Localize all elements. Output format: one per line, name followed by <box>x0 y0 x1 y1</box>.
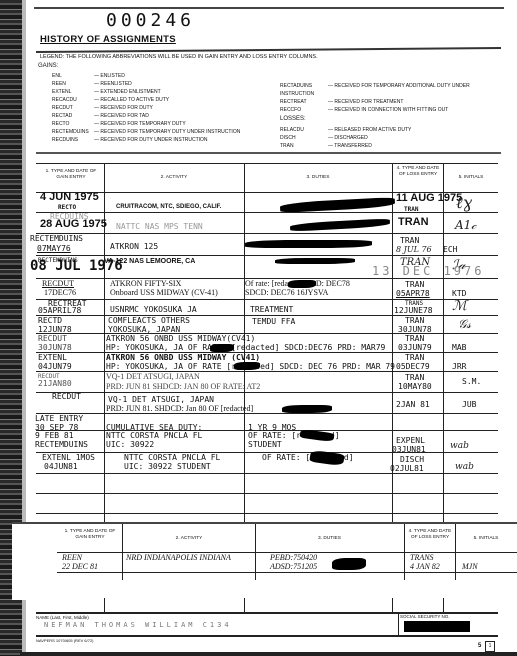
date-stamp: 13 DEC 1976 <box>372 264 484 278</box>
row-divider <box>36 413 498 414</box>
legend-item: RECDUT— RECEIVED FOR DUTY <box>52 104 282 112</box>
redaction <box>234 362 260 370</box>
redaction <box>288 280 316 288</box>
title-rule <box>36 47 501 53</box>
column-header-activity: 2. ACTIVITY <box>106 175 242 181</box>
row-divider <box>36 392 498 393</box>
scan-bottom-edge <box>20 652 517 656</box>
row-divider <box>36 212 498 213</box>
page-title: HISTORY OF ASSIGNMENTS <box>40 34 176 45</box>
legend-item: RECACDU— RECALLED TO ACTIVE DUTY <box>52 96 282 104</box>
redaction <box>290 218 390 231</box>
initials-signature: 𝒢𝓈 <box>458 317 471 332</box>
initials-signature: wab <box>450 441 469 451</box>
column-header-activity: 2. ACTIVITY <box>124 536 254 542</box>
column-header-initials: 5. INITIALS <box>445 175 497 181</box>
legend-item: RECTREAT— RECEIVED FOR TREATMENT <box>280 98 480 106</box>
footer-divider <box>398 613 399 635</box>
column-header-duties: 3. DUTIES <box>246 175 390 181</box>
footer-bottom-rule <box>36 635 498 637</box>
column-header-duties: 3. DUTIES <box>257 536 402 542</box>
initials-signature: ℓɣ <box>456 193 472 213</box>
legend-item: TRAN— TRANSFERRED <box>280 142 411 150</box>
column-header-initials: 5. INITIALS <box>457 536 515 542</box>
column-header-loss: 4. TYPE AND DATE OF LOSS ENTRY <box>406 529 454 541</box>
redaction <box>280 197 395 213</box>
col-divider <box>443 598 444 612</box>
redaction <box>210 344 234 352</box>
legend-item: EXTENL— EXTENDED ENLISTMENT <box>52 88 282 96</box>
section-rule <box>36 152 501 154</box>
losses-label: LOSSES: <box>280 116 306 122</box>
row-divider <box>36 493 498 494</box>
col-divider <box>443 163 444 523</box>
form-number: NAVPERS 1070/605 (REV 6/72) <box>36 638 94 643</box>
row-divider <box>57 572 517 573</box>
redaction <box>332 558 366 570</box>
legend-item: REEN— REENLISTED <box>52 80 282 88</box>
legend-item: RECTEMDUINS— RECEIVED FOR TEMPORARY DUTY… <box>52 128 282 136</box>
legend-item: RECTAD— RECEIVED FOR TAD <box>52 112 282 120</box>
legend-intro: LEGEND: THE FOLLOWING ABBREVIATIONS WILL… <box>40 54 318 60</box>
legend-gains-left: ENL— ENLISTED REEN— REENLISTED EXTENL— E… <box>52 72 282 144</box>
initials-signature: ℳ <box>452 298 467 314</box>
document-number: 000246 <box>106 10 195 31</box>
legend-item: DISCH— DISCHARGED <box>280 134 411 142</box>
row-divider <box>36 315 498 316</box>
col-divider <box>104 163 105 523</box>
initials-signature: wab <box>455 462 474 472</box>
initials-signature: A1𝒸 <box>455 218 476 233</box>
column-header-loss: 4. TYPE AND DATE OF LOSS ENTRY <box>394 166 442 178</box>
redaction <box>245 240 372 248</box>
top-rule <box>34 7 504 9</box>
gains-label: GAINS: <box>38 63 58 69</box>
legend-item: RECDUINS— RECEIVED FOR DUTY UNDER INSTRU… <box>52 136 282 144</box>
legend-item: RECCFO— RECEIVED IN CONNECTION WITH FITT… <box>280 106 480 114</box>
row-divider <box>36 255 498 256</box>
row-divider <box>36 233 498 234</box>
legend-losses: RELACDU— RELEASED FROM ACTIVE DUTY DISCH… <box>280 126 411 150</box>
legend-item: RELACDU— RELEASED FROM ACTIVE DUTY <box>280 126 411 134</box>
redaction <box>275 258 355 264</box>
column-header-gain: 1. TYPE AND DATE OF GAIN ENTRY <box>40 169 102 181</box>
col-divider <box>104 598 105 612</box>
name-label: NAME (Last, First, Middle) <box>36 615 89 620</box>
legend-item: RECTADUINS— RECEIVED FOR TEMPORARY ADDIT… <box>280 82 480 98</box>
column-header-gain: 1. TYPE AND DATE OF GAIN ENTRY <box>60 529 120 541</box>
row-divider <box>36 473 498 474</box>
col-divider <box>392 598 393 612</box>
row-divider <box>36 299 498 300</box>
ssn-label: SOCIAL SECURITY NO. <box>400 614 450 619</box>
redaction <box>282 405 332 413</box>
col-divider <box>244 598 245 612</box>
legend-gains-right: RECTADUINS— RECEIVED FOR TEMPORARY ADDIT… <box>280 82 480 114</box>
name-value: NEFMAN THOMAS WILLIAM C134 <box>44 621 232 629</box>
legend-item: ENL— ENLISTED <box>52 72 282 80</box>
ssn-redaction <box>404 621 470 632</box>
page-box: 1 <box>485 641 495 652</box>
pasted-form-strip: 1. TYPE AND DATE OF GAIN ENTRY 2. ACTIVI… <box>12 522 517 600</box>
table-top-border <box>36 163 498 164</box>
row-divider <box>36 513 498 514</box>
legend-item: RECTO— RECEIVED FOR TEMPORARY DUTY <box>52 120 282 128</box>
page-number: 5 <box>478 643 481 649</box>
